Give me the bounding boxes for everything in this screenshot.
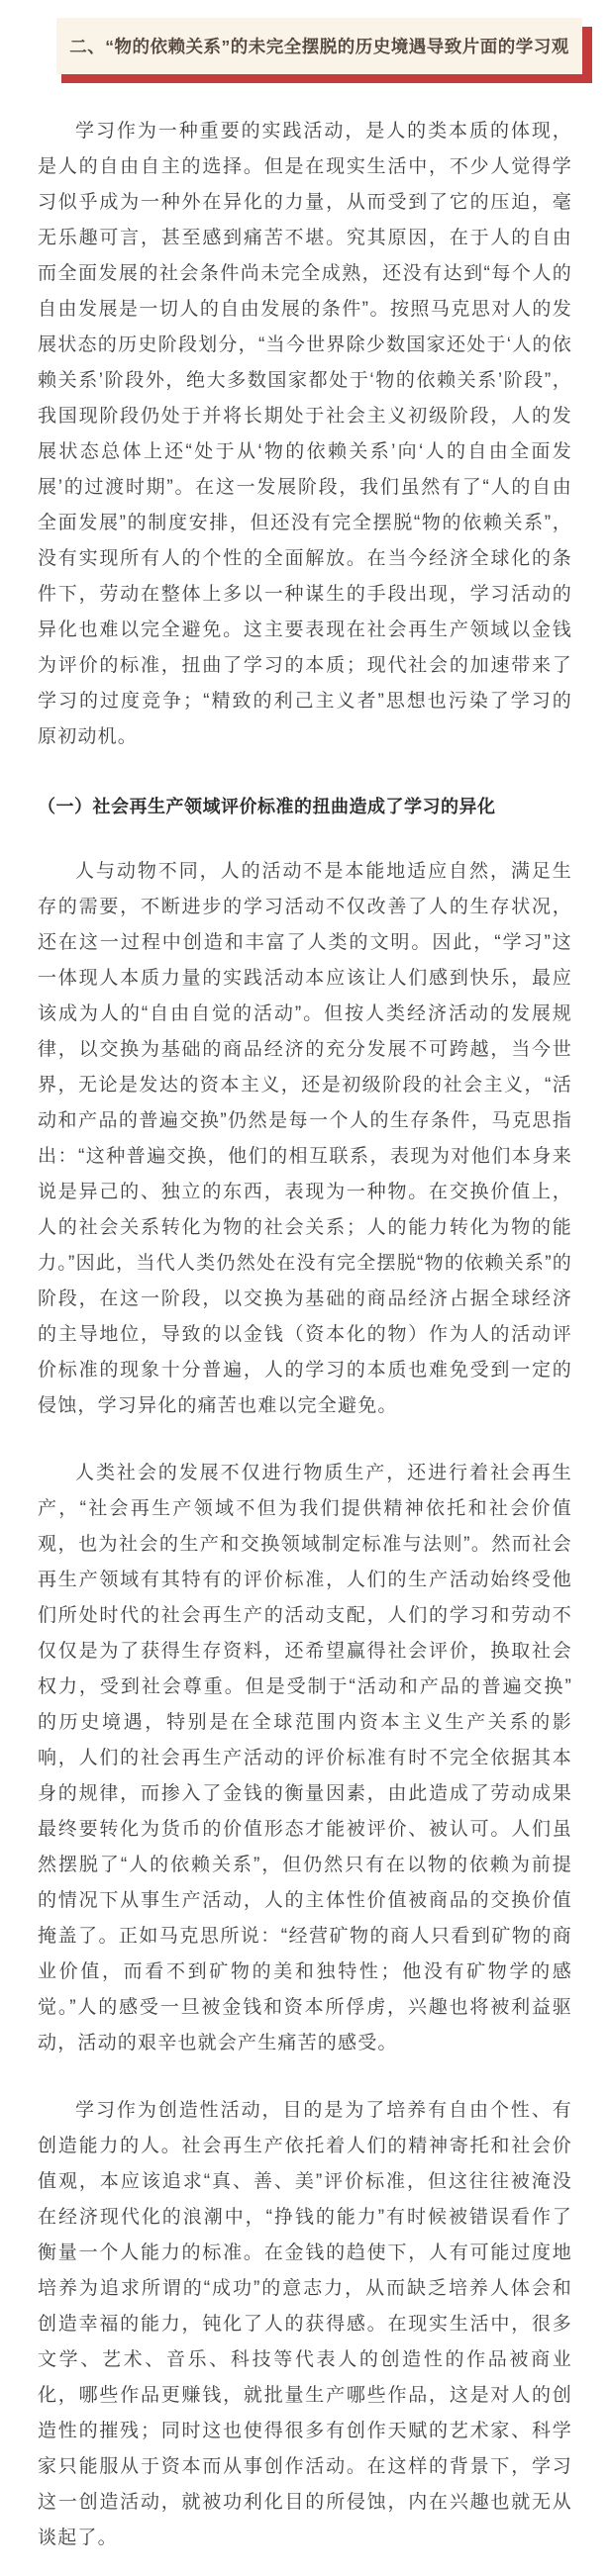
paragraph: 人与动物不同，人的活动不是本能地适应自然，满足生存的需要，不断进步的学习活动不仅…: [38, 854, 572, 1424]
section-title: 二、“物的依赖关系”的未完全摆脱的历史境遇导致片面的学习观: [69, 34, 569, 58]
paragraph: 学习作为创造性活动，目的是为了培养有自由个性、有创造能力的人。社会再生产依托着人…: [38, 2093, 572, 2556]
paragraph-intro: 学习作为一种重要的实践活动，是人的类本质的体现，是人的自由自主的选择。但是在现实…: [38, 114, 572, 755]
section-banner: 二、“物的依赖关系”的未完全摆脱的历史境遇导致片面的学习观: [56, 18, 582, 74]
article-page: 二、“物的依赖关系”的未完全摆脱的历史境遇导致片面的学习观 学习作为一种重要的实…: [0, 0, 610, 2576]
paragraph: 人类社会的发展不仅进行物质生产，还进行着社会再生产，“社会再生产领域不但为我们提…: [38, 1456, 572, 2061]
banner-box: 二、“物的依赖关系”的未完全摆脱的历史境遇导致片面的学习观: [56, 18, 582, 74]
subsection-heading: （一）社会再生产领域评价标准的扭曲造成了学习的异化: [38, 793, 572, 820]
article-body: 学习作为一种重要的实践活动，是人的类本质的体现，是人的自由自主的选择。但是在现实…: [0, 74, 610, 2576]
